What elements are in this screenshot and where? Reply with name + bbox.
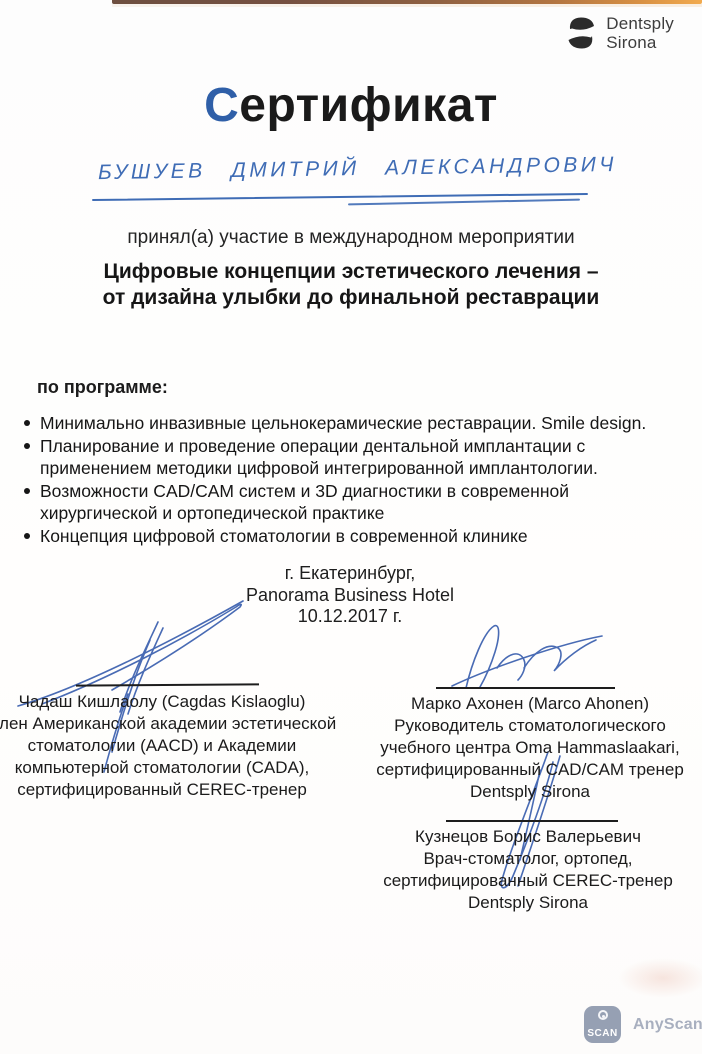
brand-name: Dentsply Sirona [606, 14, 674, 52]
program-item: Возможности CAD/CAM систем и 3D диагност… [22, 480, 680, 525]
certificate-title: Сертификат [0, 78, 702, 133]
signatory-title-line: сертифицированный CAD/CAM тренер [374, 759, 686, 781]
signatory-title-line: учебного центра Oma Hammaslaakari, [374, 737, 686, 759]
recipient-name-handwritten: Бушуев Дмитрий Александрович [98, 153, 618, 185]
dentsply-sirona-logo-icon [564, 15, 598, 51]
scan-smudge-artifact [618, 958, 702, 998]
anyscanner-label: AnyScanner [633, 1016, 702, 1034]
program-item: Планирование и проведение операции дента… [22, 435, 680, 480]
signatory-name: Кузнецов Борис Валерьевич [370, 826, 686, 848]
signatory-title-line: Член Американской академии эстетической [0, 713, 338, 735]
signature-line-left [76, 683, 259, 686]
event-title-line1: Цифровые концепции эстетического лечения… [0, 259, 702, 285]
participation-line: принял(а) участие в международном меропр… [0, 227, 702, 249]
signatory-title-line: сертифицированный CEREC-тренер [370, 870, 686, 892]
venue-block: г. Екатеринбург, Panorama Business Hotel… [175, 563, 525, 628]
signatory-name: Марко Ахонен (Marco Ahonen) [374, 693, 686, 715]
venue-city: г. Екатеринбург, [175, 563, 525, 585]
anyscanner-scan-icon: SCAN [584, 1006, 621, 1043]
signatory-title-line: Руководитель стоматологического [374, 715, 686, 737]
brand-logo: Dentsply Sirona [564, 14, 674, 52]
scan-edge-artifact-fade [112, 4, 702, 7]
handwritten-underline-2 [348, 199, 580, 205]
signatory-title-line: стоматологии (AACD) и Академии [0, 735, 338, 757]
program-label: по программе: [37, 377, 168, 398]
venue-date: 10.12.2017 г. [175, 606, 525, 628]
signature-line-right2 [446, 820, 618, 822]
camera-lens-icon [598, 1010, 608, 1020]
program-item: Минимально инвазивные цельнокерамические… [22, 412, 680, 435]
title-rest: ертификат [239, 79, 498, 132]
signatory-name: Чадаш Кишлаолу (Cagdas Kislaoglu) [0, 691, 338, 713]
brand-name-line2: Sirona [606, 33, 674, 52]
brand-name-line1: Dentsply [606, 14, 674, 33]
signatory-title-line: сертифицированный CEREC-тренер [0, 779, 338, 801]
title-initial: С [204, 79, 239, 132]
signatory-kuznetsov: Кузнецов Борис Валерьевич Врач-стоматоло… [370, 826, 686, 914]
signature-line-right [436, 687, 615, 689]
signatory-kislaoglu: Чадаш Кишлаолу (Cagdas Kislaoglu) Член А… [0, 691, 338, 801]
signatory-title-line: Dentsply Sirona [370, 892, 686, 914]
venue-place: Panorama Business Hotel [175, 585, 525, 607]
event-title-line2: от дизайна улыбки до финальной реставрац… [0, 285, 702, 311]
anyscanner-watermark: SCAN AnyScanner [584, 1006, 702, 1043]
event-title: Цифровые концепции эстетического лечения… [0, 259, 702, 311]
signatory-title-line: Врач-стоматолог, ортопед, [370, 848, 686, 870]
signatory-title-line: Dentsply Sirona [374, 781, 686, 803]
signatory-ahonen: Марко Ахонен (Marco Ahonen) Руководитель… [374, 693, 686, 803]
program-item: Концепция цифровой стоматологии в соврем… [22, 525, 680, 548]
scan-icon-label: SCAN [584, 1028, 621, 1039]
certificate-page: Dentsply Sirona Сертификат Бушуев Дмитри… [0, 0, 702, 1054]
signatory-title-line: компьютерной стоматологии (CADA), [0, 757, 338, 779]
program-list: Минимально инвазивные цельнокерамические… [22, 412, 680, 547]
